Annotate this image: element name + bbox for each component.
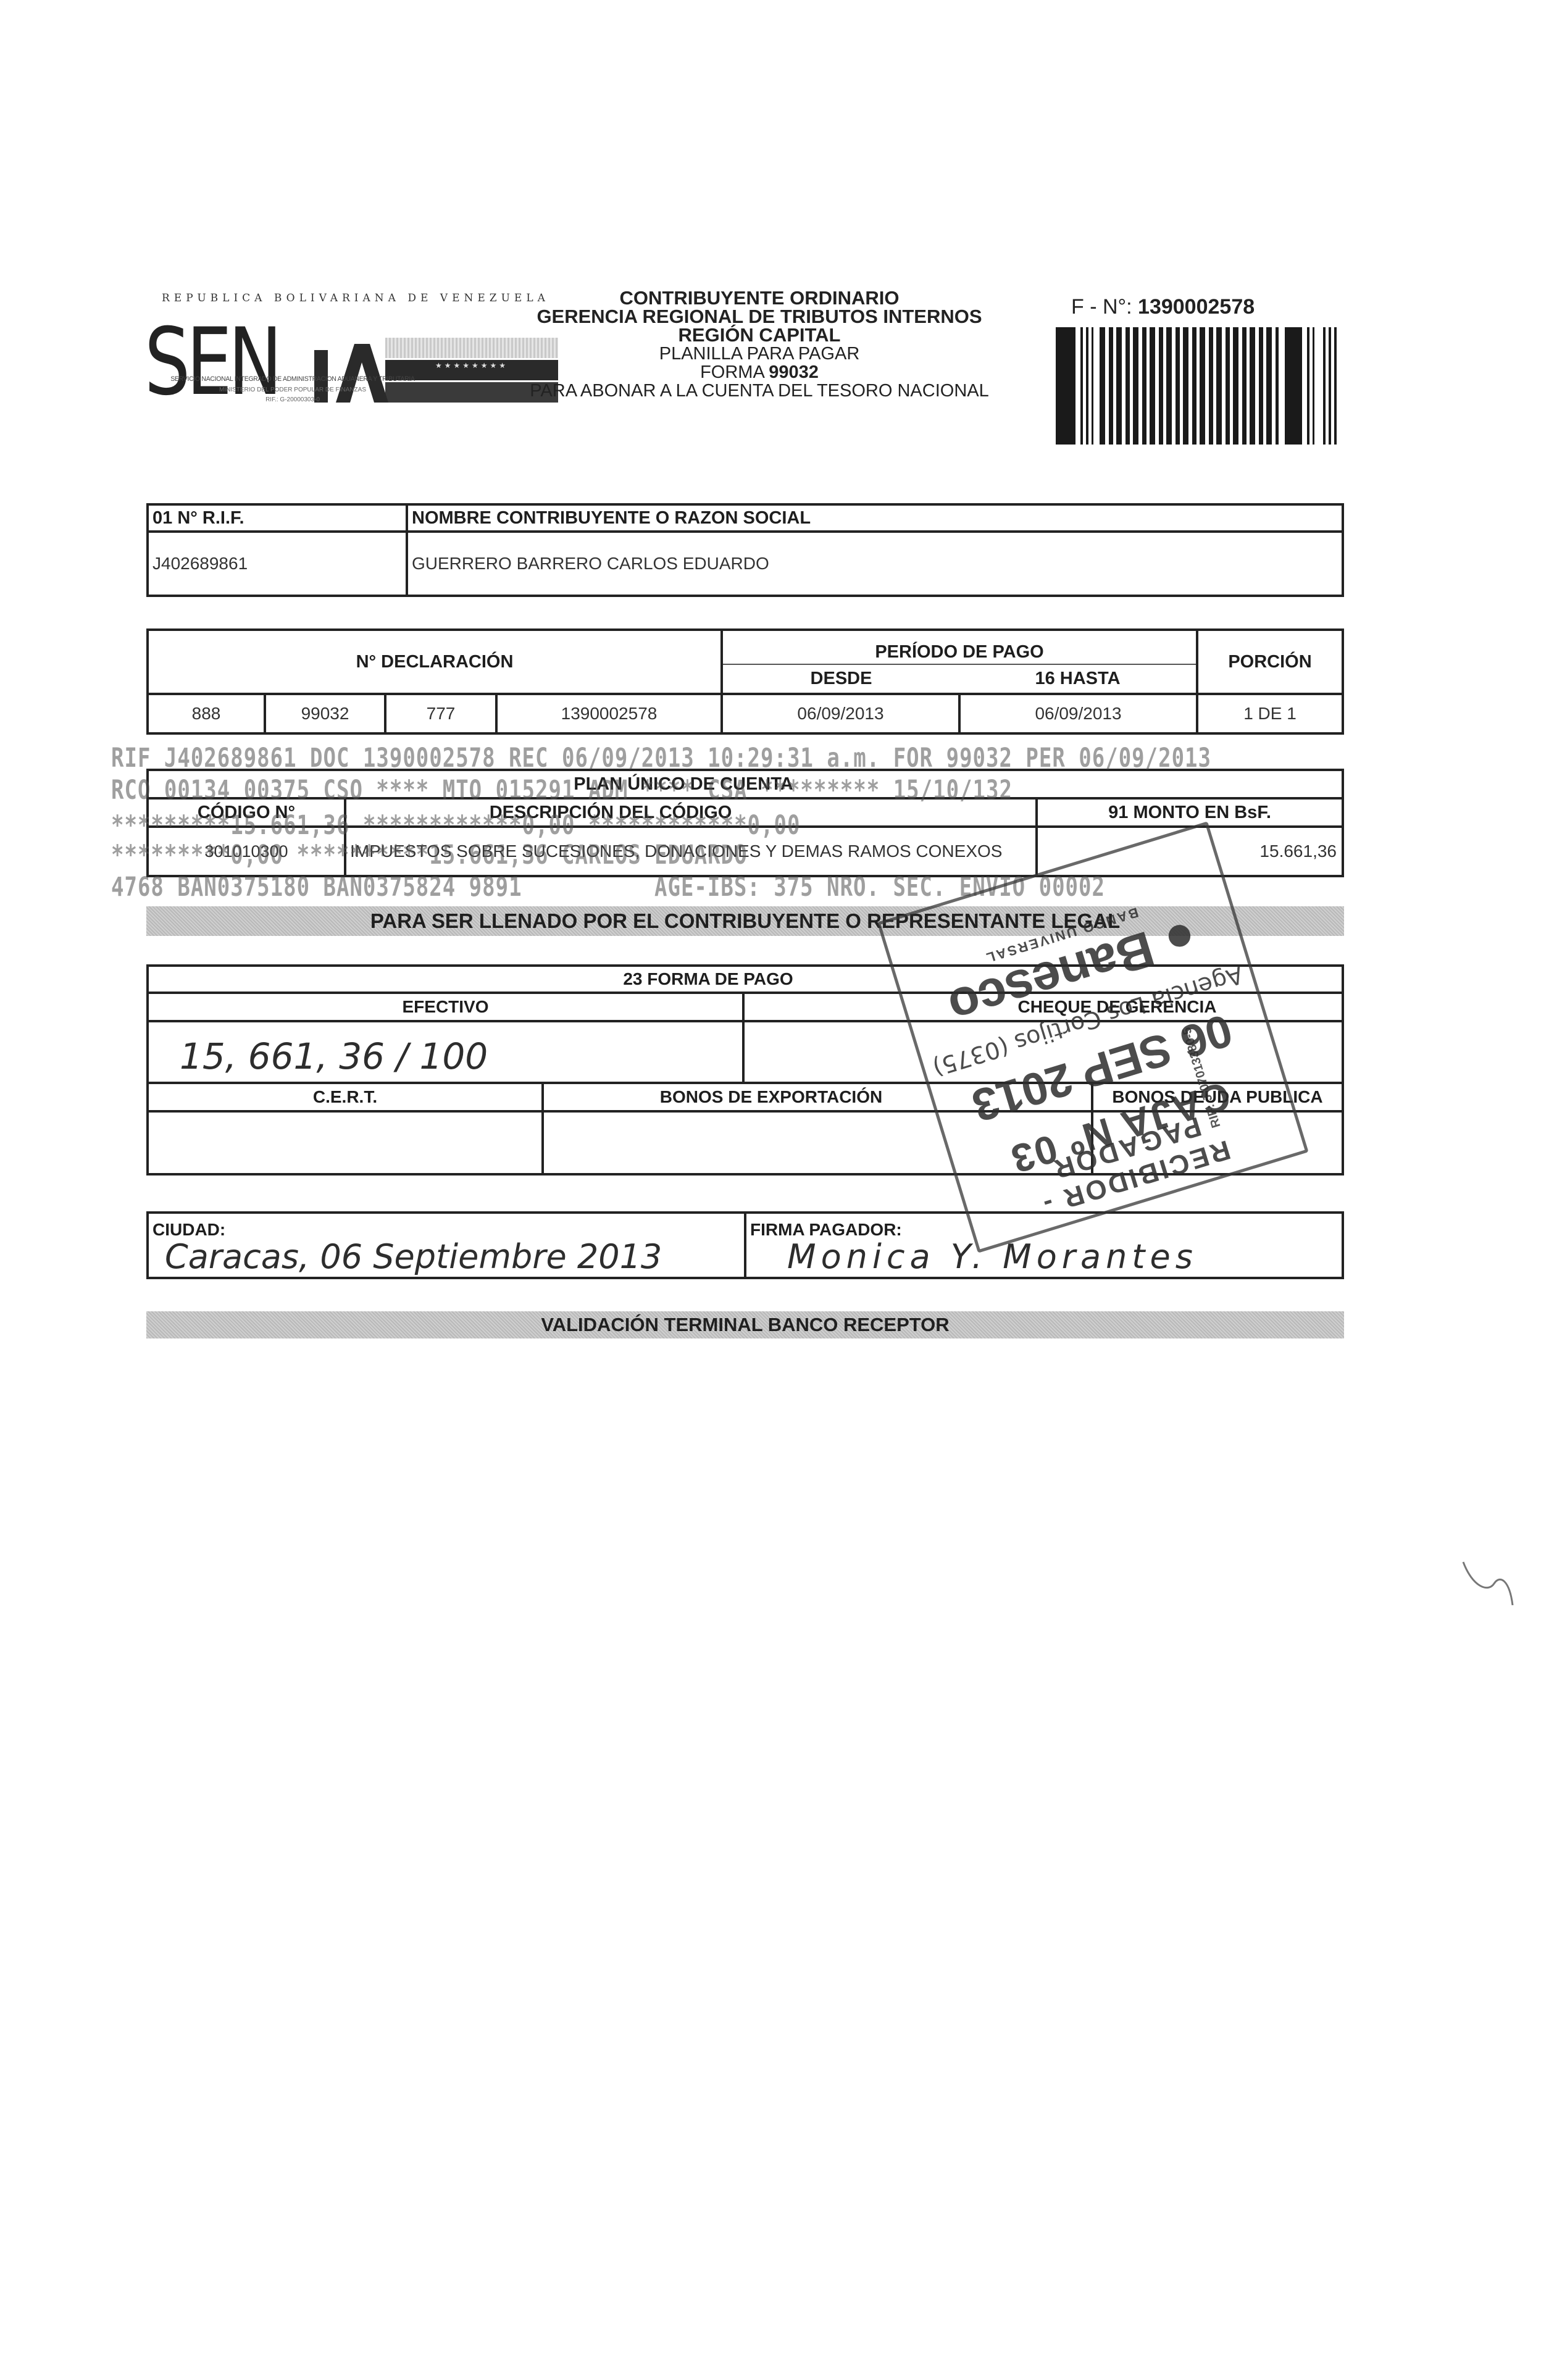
cash-label: EFECTIVO	[148, 993, 743, 1021]
pdf417-barcode-icon	[1056, 327, 1346, 445]
ministry-name: MINISTERIO DEL PODER POPULAR DE FINANZAS	[144, 386, 441, 393]
portion-label: PORCIÓN	[1197, 630, 1343, 694]
header-line-2: GERENCIA REGIONAL DE TRIBUTOS INTERNOS	[482, 307, 1037, 326]
period-from-value: 06/09/2013	[722, 694, 959, 733]
declaration-part-1: 888	[148, 694, 265, 733]
validation-print-line-4: *********0,00 **********15.661,36 CARLOS…	[111, 840, 748, 871]
issuer-rif: RIF.: G-20000303-0	[144, 396, 441, 403]
form-number-label: F - N°:	[1071, 295, 1132, 319]
declaration-part-3: 777	[385, 694, 496, 733]
header-line-3: REGIÓN CAPITAL	[482, 326, 1037, 344]
cash-value[interactable]: 15, 661, 36 / 100	[148, 1021, 743, 1083]
pen-mark-icon	[1460, 1556, 1522, 1611]
header-line-1: CONTRIBUYENTE ORDINARIO	[482, 289, 1037, 307]
rif-value: J402689861	[148, 532, 407, 596]
city-value[interactable]: Caracas, 06 Septiembre 2013	[152, 1240, 740, 1274]
validation-print-line-5a: 4768 BAN0375180 BAN0375824 9891	[111, 872, 522, 903]
payment-period-label: PERÍODO DE PAGO	[722, 630, 1197, 664]
footer-banner: VALIDACIÓN TERMINAL BANCO RECEPTOR	[146, 1311, 1344, 1338]
form-label: FORMA	[700, 362, 764, 382]
declaration-part-4: 1390002578	[496, 694, 722, 733]
portion-value: 1 DE 1	[1197, 694, 1343, 733]
validation-print-line-3: *********15.661,36 ************0,00 ****…	[111, 810, 800, 841]
validation-print-line-1: RIF J402689861 DOC 1390002578 REC 06/09/…	[111, 743, 1211, 774]
cert-label: C.E.R.T.	[148, 1083, 543, 1111]
payer-signature-value[interactable]: Monica Y. Morantes	[750, 1240, 1338, 1274]
header-line-4: PLANILLA PARA PAGAR	[482, 344, 1037, 363]
period-to-value: 06/09/2013	[959, 694, 1197, 733]
header-line-5: FORMA 99032	[482, 363, 1037, 382]
period-to-label: 16 HASTA	[959, 664, 1197, 694]
form-number: F - N°: 1390002578	[1071, 295, 1255, 319]
form-code: 99032	[769, 362, 819, 382]
taxpayer-name-value: GUERRERO BARRERO CARLOS EDUARDO	[407, 532, 1343, 596]
rif-label: 01 N° R.I.F.	[148, 504, 407, 532]
taxpayer-name-label: NOMBRE CONTRIBUYENTE O RAZON SOCIAL	[407, 504, 1343, 532]
republic-label: REPUBLICA BOLIVARIANA DE VENEZUELA	[162, 292, 440, 304]
form-number-value: 1390002578	[1138, 295, 1255, 319]
form-header: CONTRIBUYENTE ORDINARIO GERENCIA REGIONA…	[482, 289, 1037, 400]
declaration-part-2: 99032	[265, 694, 385, 733]
period-from-label: DESDE	[722, 664, 959, 694]
agency-full-name: SERVICIO NACIONAL INTEGRADO DE ADMINISTR…	[152, 375, 433, 383]
amount-label: 91 MONTO EN BsF.	[1037, 798, 1343, 827]
city-cell: CIUDAD: Caracas, 06 Septiembre 2013	[148, 1213, 745, 1278]
signature-table: CIUDAD: Caracas, 06 Septiembre 2013 FIRM…	[146, 1211, 1344, 1279]
taxpayer-table: 01 N° R.I.F. NOMBRE CONTRIBUYENTE O RAZO…	[146, 503, 1344, 597]
validation-print-line-2: RCO 00134 00375 CSO **** MTO 015291 ADM …	[111, 775, 1013, 806]
header-line-6: PARA ABONAR A LA CUENTA DEL TESORO NACIO…	[482, 382, 1037, 400]
cert-value[interactable]	[148, 1111, 543, 1174]
declaration-number-label: N° DECLARACIÓN	[148, 630, 722, 694]
declaration-table: N° DECLARACIÓN PERÍODO DE PAGO PORCIÓN D…	[146, 628, 1344, 735]
